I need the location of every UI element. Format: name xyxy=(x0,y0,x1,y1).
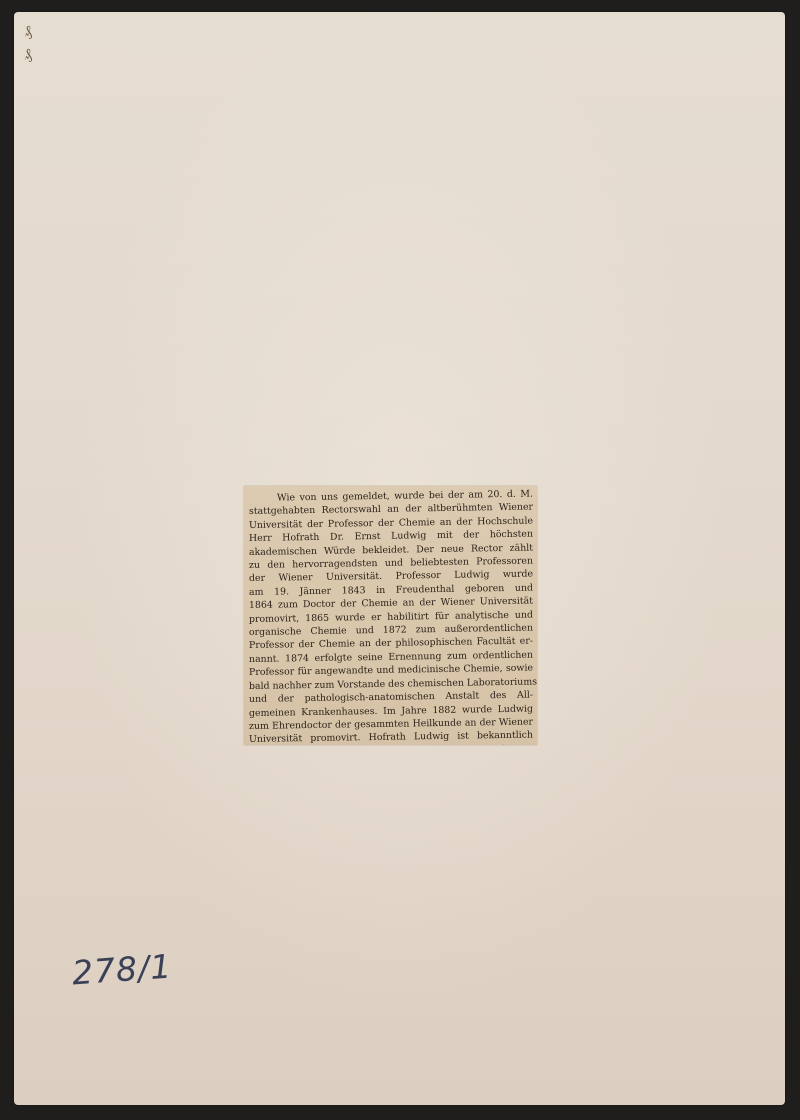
corner-pencil-mark: ₰ xyxy=(23,46,33,62)
scrapbook-page: ₰ ₰ Wie von uns gemeldet, wurde bei der … xyxy=(14,12,785,1105)
newspaper-clipping: Wie von uns gemeldet, wurde bei der am 2… xyxy=(244,486,537,745)
corner-pencil-mark: ₰ xyxy=(23,23,33,39)
handwritten-shelfmark: 278/1 xyxy=(71,947,174,993)
